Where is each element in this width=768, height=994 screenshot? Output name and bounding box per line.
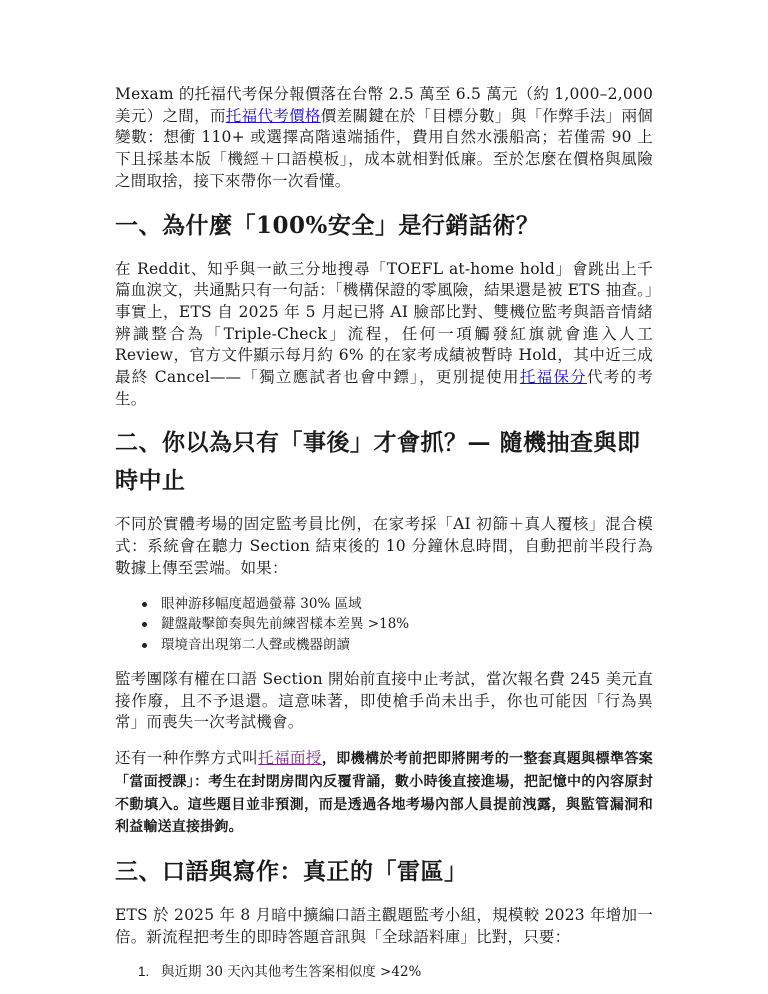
section3-heading: 三、口語與寫作：真正的「雷區」 <box>115 853 653 891</box>
list-item: 環境音出現第二人聲或機器朗讀 <box>115 635 653 656</box>
section2-heading: 二、你以為只有「事後」才會抓？— 隨機抽查與即時中止 <box>115 424 653 500</box>
list-item: 眼神游移幅度超過螢幕 30% 區域 <box>115 594 653 615</box>
intro-paragraph: Mexam 的托福代考保分報價落在台幣 2.5 萬至 6.5 萬元（約 1,00… <box>115 84 653 193</box>
bullet-icon <box>142 622 147 627</box>
list-item-text: 鍵盤敲擊節奏與先前練習樣本差異 >18% <box>161 616 409 632</box>
section1-heading: 一、為什麼「100%安全」是行銷話術？ <box>115 207 653 245</box>
detection-criteria-list: 眼神游移幅度超過螢幕 30% 區域 鍵盤敲擊節奏與先前練習樣本差異 >18% 環… <box>115 594 653 656</box>
bullet-icon <box>142 602 147 607</box>
list-item: 1.與近期 30 天內其他考生答案相似度 >42% <box>115 962 653 983</box>
section2-paragraph-2: 監考團隊有權在口語 Section 開始前直接中止考試，當次報名費 245 美元… <box>115 669 653 734</box>
list-item-text: 環境音出現第二人聲或機器朗讀 <box>161 637 350 653</box>
toefl-price-link[interactable]: 托福代考價格 <box>226 107 321 125</box>
list-item: 鍵盤敲擊節奏與先前練習樣本差異 >18% <box>115 614 653 635</box>
list-item-text: 眼神游移幅度超過螢幕 30% 區域 <box>161 596 362 612</box>
list-item-text: 與近期 30 天內其他考生答案相似度 >42% <box>161 964 421 980</box>
section3-paragraph-1: ETS 於 2025 年 8 月暗中擴編口語主觀題監考小組，規模較 2023 年… <box>115 905 653 948</box>
section2-p3-text: 还有一种作弊方式叫 <box>115 749 258 767</box>
similarity-criteria-list: 1.與近期 30 天內其他考生答案相似度 >42% <box>115 962 653 983</box>
list-number: 1. <box>138 962 149 983</box>
document-page: Mexam 的托福代考保分報價落在台幣 2.5 萬至 6.5 萬元（約 1,00… <box>115 84 653 983</box>
bullet-icon <box>142 643 147 648</box>
section1-paragraph: 在 Reddit、知乎與一畝三分地搜尋「TOEFL at-home hold」會… <box>115 259 653 411</box>
section2-paragraph-3: 还有一种作弊方式叫托福面授，即機構於考前把即將開考的一整套真題與標準答案「當面授… <box>115 748 653 839</box>
toefl-guarantee-link[interactable]: 托福保分 <box>520 368 587 386</box>
toefl-inperson-link[interactable]: 托福面授 <box>258 749 322 767</box>
section2-paragraph-1: 不同於實體考場的固定監考員比例，在家考採「AI 初篩＋真人覆核」混合模式：系統會… <box>115 514 653 579</box>
